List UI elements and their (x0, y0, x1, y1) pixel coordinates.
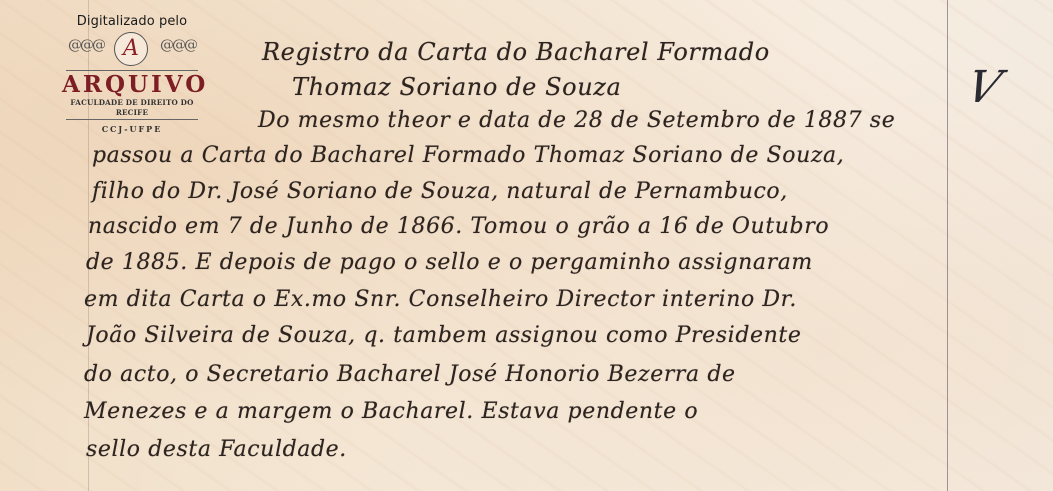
body-line: filho do Dr. José Soriano de Souza, natu… (92, 179, 788, 204)
scroll-ornament-left-icon: @@@ (68, 37, 104, 53)
body-line: de 1885. E depois de pago o sello e o pe… (86, 250, 813, 275)
divider (66, 119, 198, 120)
body-line: Menezes e a margem o Bacharel. Estava pe… (84, 399, 698, 424)
body-line: Do mesmo theor e data de 28 de Setembro … (258, 108, 895, 133)
watermark-caption: Digitalizado pelo (62, 14, 202, 29)
document-title-line-1: Registro da Carta do Bacharel Formado (262, 38, 770, 66)
institution-name: CCJ-UFPE (62, 124, 202, 134)
body-line: sello desta Faculdade. (86, 437, 347, 462)
scroll-ornament-right-icon: @@@ (160, 37, 196, 53)
archive-watermark: Digitalizado pelo @@@ A @@@ ARQUIVO FACU… (62, 14, 202, 134)
faculty-name: FACULDADE DE DIREITO DO RECIFE (62, 98, 202, 118)
emblem-letter: A (114, 32, 148, 66)
body-line: nascido em 7 de Junho de 1866. Tomou o g… (88, 214, 829, 239)
document-title-line-2: Thomaz Soriano de Souza (292, 73, 621, 101)
body-line: do acto, o Secretario Bacharel José Hono… (84, 362, 736, 387)
body-line: João Silveira de Souza, q. tambem assign… (86, 323, 801, 348)
archive-emblem-icon: @@@ A @@@ (62, 31, 202, 69)
body-line: passou a Carta do Bacharel Formado Thoma… (92, 143, 844, 168)
body-line: em dita Carta o Ex.mo Snr. Conselheiro D… (84, 287, 797, 312)
right-margin-rule (947, 0, 948, 491)
archive-name: ARQUIVO (62, 72, 202, 98)
